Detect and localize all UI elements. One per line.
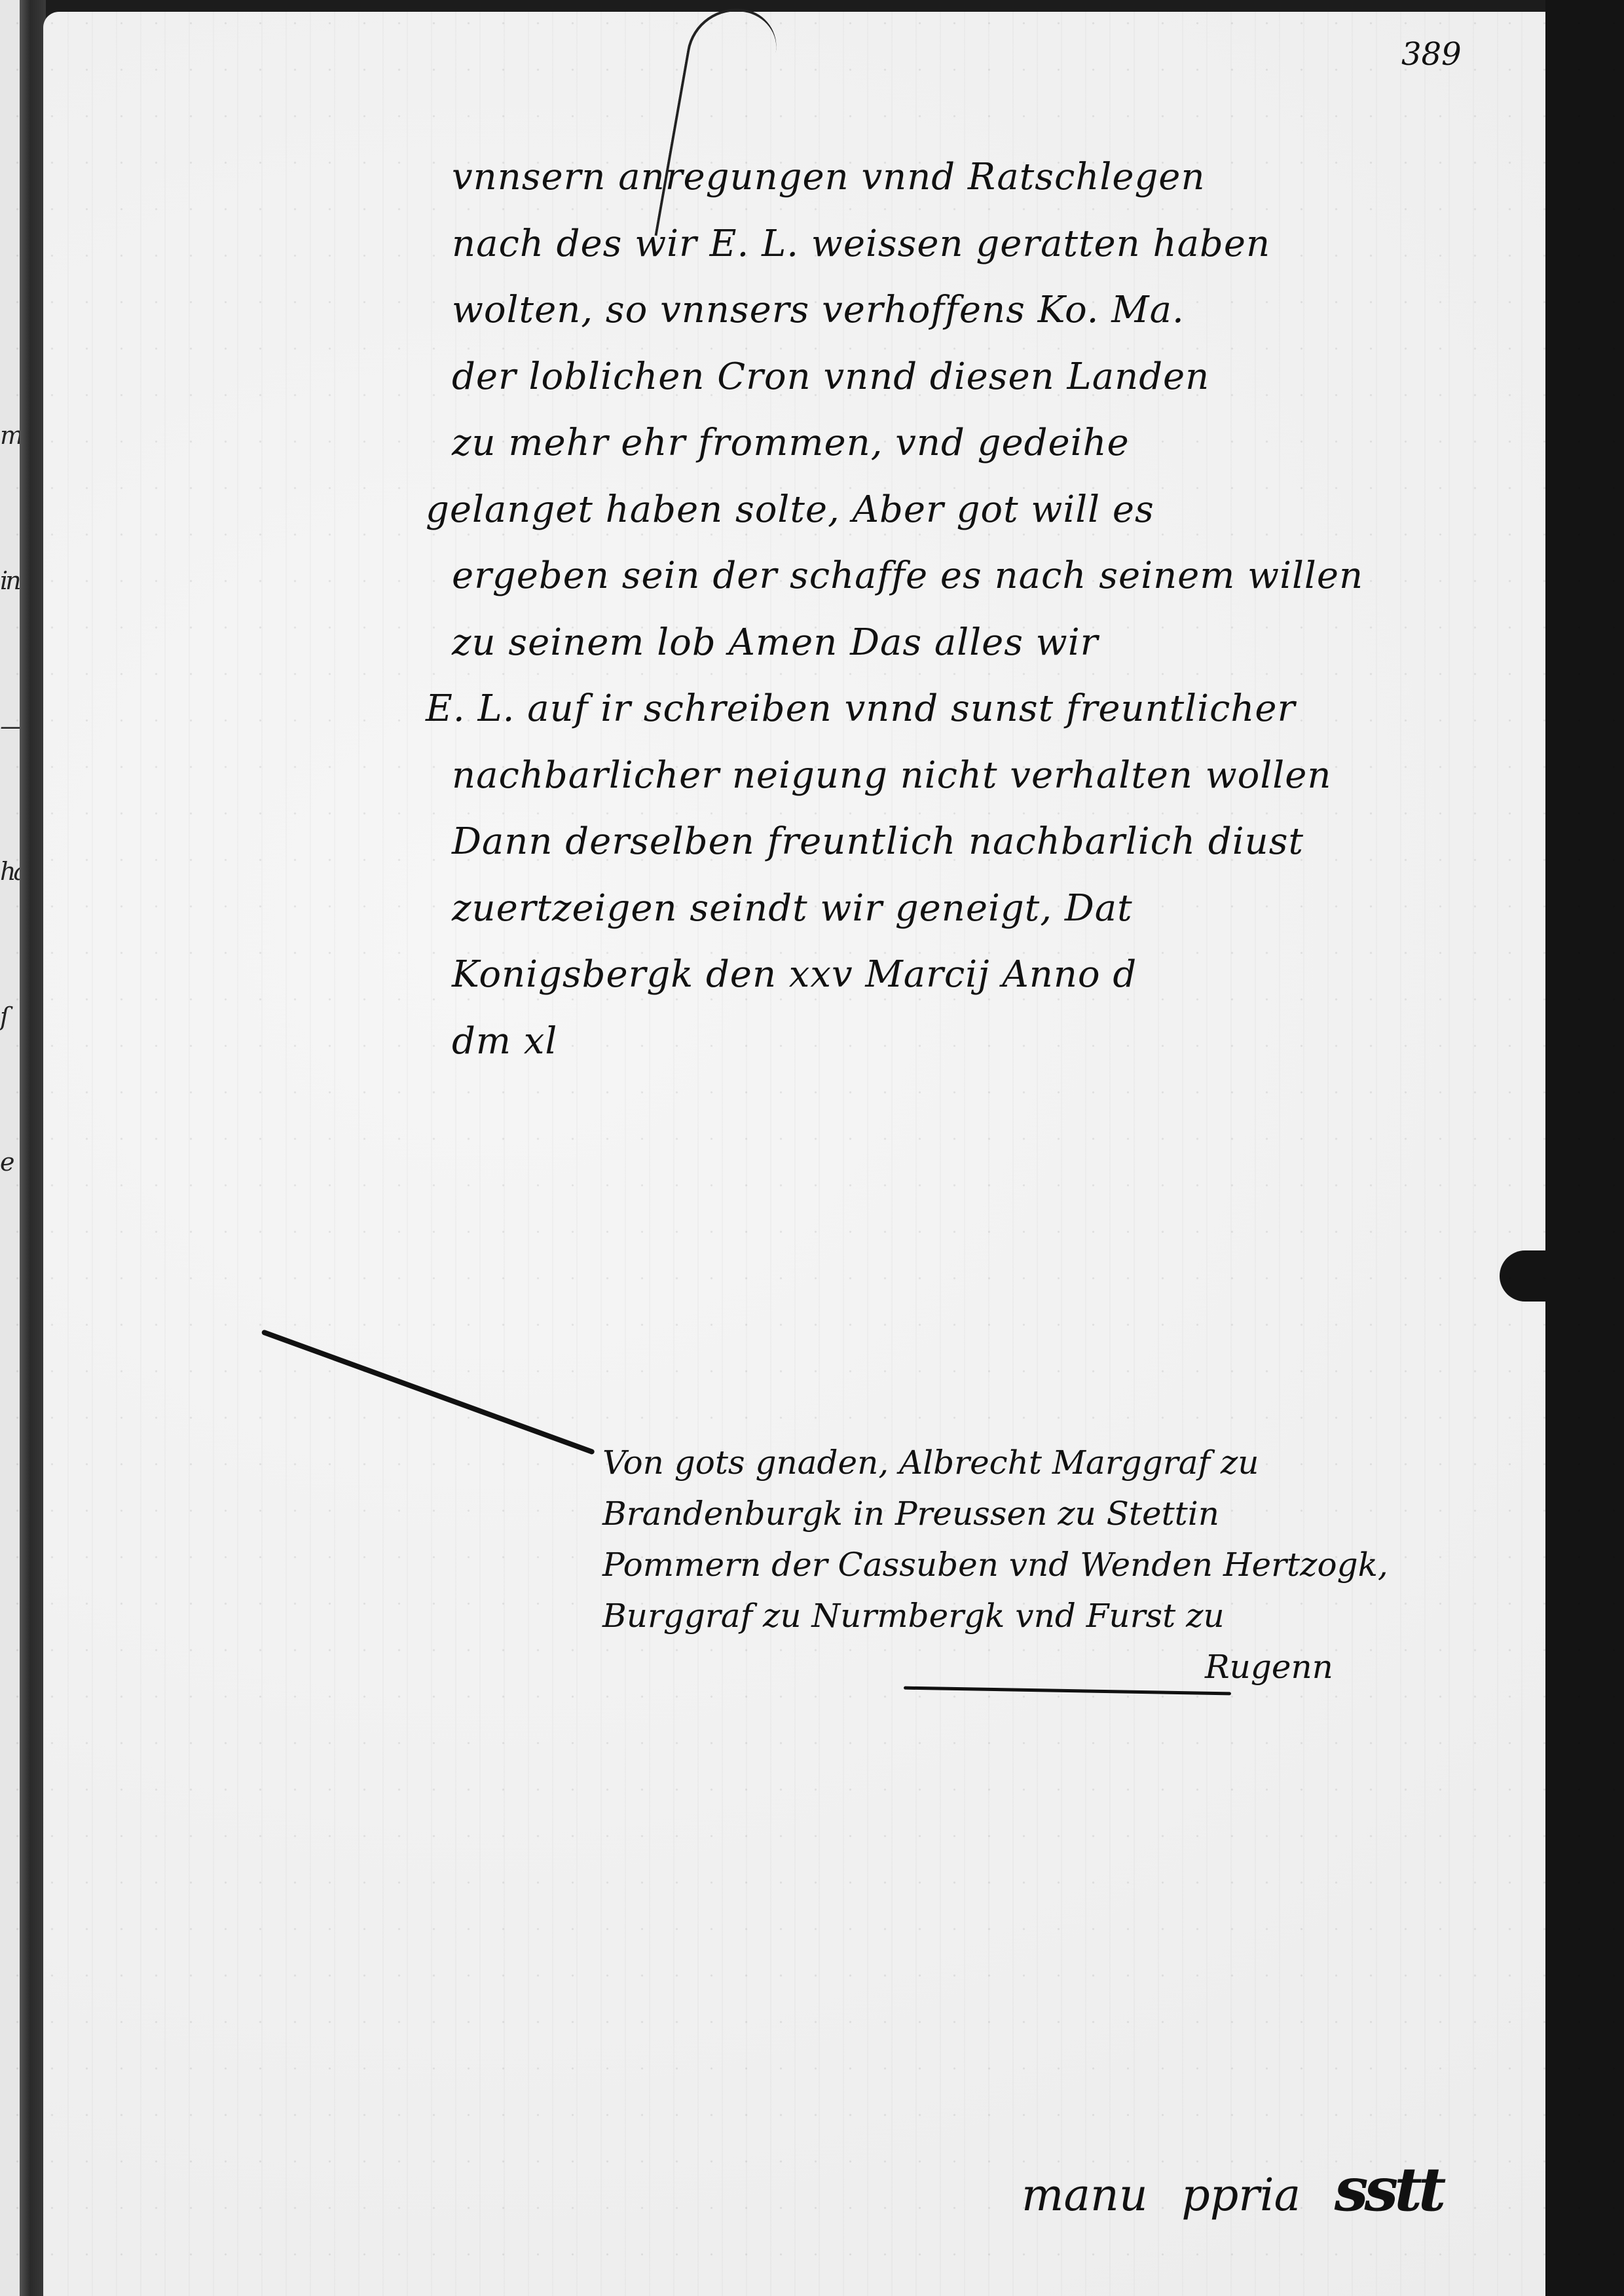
fragment: — (0, 702, 22, 750)
body-line: gelanget haben solte, Aber got will es (426, 477, 1578, 543)
letter-body: vnnsern anregungen vnnd Ratschlegen nach… (452, 144, 1578, 1074)
folio-number: 389 (1401, 36, 1462, 73)
signature-scripsit: sstt (1335, 2154, 1443, 2225)
adjacent-page-fragments: m in — ha ſ e (0, 314, 22, 1283)
fragment: in (0, 556, 22, 605)
body-line: zu seinem lob Amen Das alles wir (452, 610, 1578, 676)
fragment: m (0, 411, 22, 460)
address-line: Brandenburgk in Preussen zu Stettin (602, 1488, 1532, 1539)
body-line: nach des wir E. L. weissen geratten habe… (452, 211, 1578, 278)
body-line: vnnsern anregungen vnnd Ratschlegen (452, 144, 1578, 211)
signature-manu: manu (1022, 2170, 1148, 2221)
body-line: nachbarlicher neigung nicht verhalten wo… (452, 742, 1578, 809)
binding-gutter (20, 0, 46, 2296)
body-line: Konigsbergk den xxv Marcij Anno d (452, 941, 1578, 1008)
fragment: ſ (0, 993, 22, 1041)
page-tab-mark (1500, 1250, 1572, 1302)
body-line: wolten, so vnnsers verhoffens Ko. Ma. (452, 277, 1578, 344)
signature: manu ppria sstt (1022, 2154, 1462, 2225)
body-line: zuertzeigen seindt wir geneigt, Dat (452, 875, 1578, 942)
body-line: der loblichen Cron vnnd diesen Landen (452, 344, 1578, 410)
address-line: Burggraf zu Nurmbergk vnd Furst zu (602, 1590, 1532, 1641)
fragment: e (0, 1138, 22, 1186)
sender-address-block: Von gots gnaden, Albrecht Marggraf zu Br… (602, 1437, 1532, 1692)
body-line: dm xl (452, 1008, 1578, 1075)
signature-propria: ppria (1181, 2170, 1301, 2221)
fragment: ha (0, 847, 22, 896)
body-line: ergeben sein der schaffe es nach seinem … (452, 543, 1578, 610)
address-line: Rugenn (1205, 1641, 1532, 1692)
address-line: Von gots gnaden, Albrecht Marggraf zu (602, 1437, 1532, 1488)
body-line: zu mehr ehr frommen, vnd gedeihe (452, 410, 1578, 477)
body-line: E. L. auf ir schreiben vnnd sunst freunt… (426, 676, 1578, 742)
body-line: Dann derselben freuntlich nachbarlich di… (452, 809, 1578, 875)
address-line: Pommern der Cassuben vnd Wenden Hertzogk… (602, 1539, 1532, 1590)
